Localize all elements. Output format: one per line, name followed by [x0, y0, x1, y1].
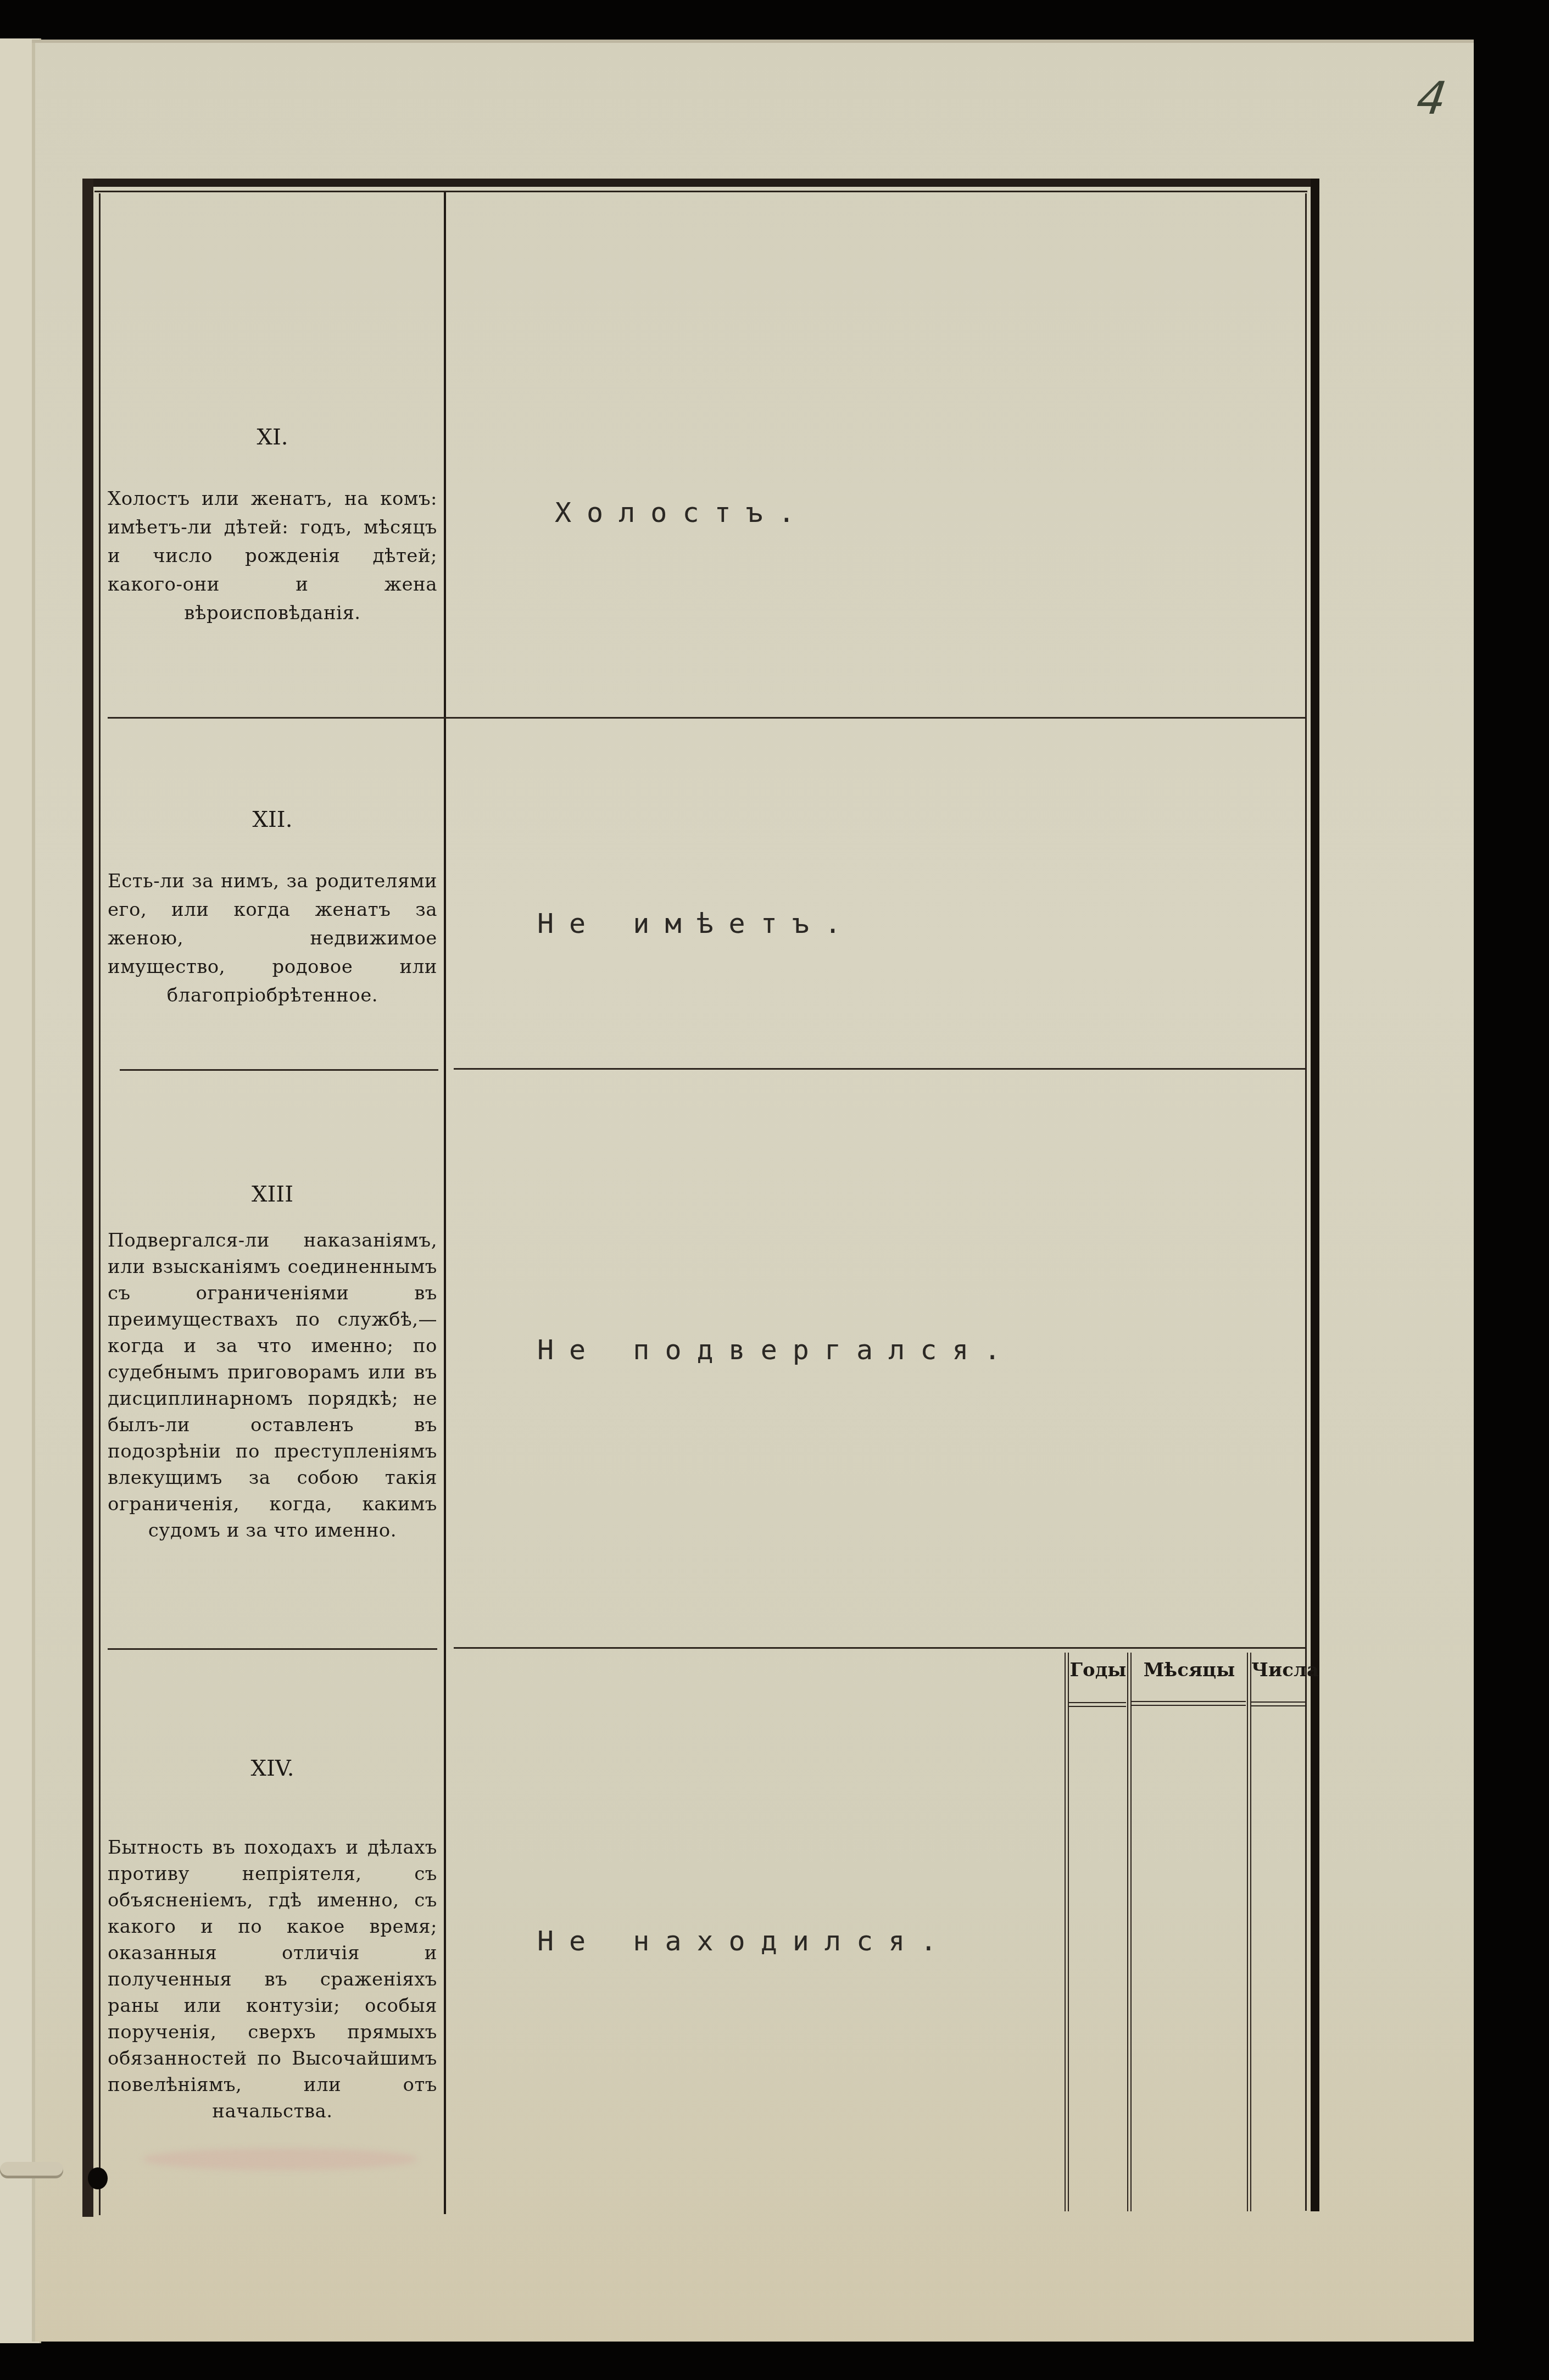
answer-xi: Холостъ. [555, 497, 810, 529]
table-top-inner-rule [94, 191, 1307, 192]
table-right-border [1311, 179, 1319, 2211]
question-cell-xiv: XIV. Бытность въ походахъ и дѣлахъ проти… [108, 1755, 437, 2125]
subcol-header-rule [1069, 1706, 1126, 1707]
row-divider-2-right [454, 1068, 1305, 1070]
question-cell-xiii: XIII Подвергался-ли наказаніямъ, или взы… [108, 1181, 437, 1544]
subcol-line [1127, 1653, 1128, 2211]
subcol-header-rule [1132, 1705, 1246, 1706]
table-top-border [82, 179, 1319, 187]
subcol-header-rule [1251, 1705, 1305, 1706]
answer-xii: Не имѣетъ. [537, 908, 856, 939]
question-cell-xi: XI. Холостъ или женатъ, на комъ: имѣетъ-… [108, 424, 437, 627]
page-top-edge [32, 40, 1474, 43]
row-divider-3-left [108, 1648, 437, 1650]
table-left-border [82, 179, 93, 2217]
column-divider [444, 192, 446, 2214]
answer-xiii: Не подвергался. [537, 1334, 1016, 1366]
subcol-header-rule [1069, 1702, 1126, 1703]
subcol-header-months: Мѣсяцы [1132, 1659, 1247, 1681]
subcol-line [1068, 1653, 1069, 2211]
question-cell-xii: XII. Есть-ли за нимъ, за родителями его,… [108, 807, 437, 1010]
question-text: Бытность въ походахъ и дѣлахъ противу не… [108, 1834, 437, 2125]
section-number: XI. [108, 424, 437, 451]
subcol-header-rule [1132, 1701, 1246, 1702]
question-text: Есть-ли за нимъ, за родителями его, или … [108, 867, 437, 1010]
question-text: Холостъ или женатъ, на комъ: имѣетъ-ли д… [108, 485, 437, 627]
row-divider-3-right [454, 1647, 1305, 1649]
subcol-line [1250, 1653, 1251, 2211]
section-number: XII. [108, 807, 437, 833]
row-divider-1 [108, 717, 1305, 719]
binding-hole [88, 2167, 108, 2189]
paper-stain [143, 2148, 417, 2170]
row-divider-2-left [120, 1069, 438, 1071]
answer-xiv: Не находился. [537, 1925, 952, 1957]
subcol-header-rule [1251, 1701, 1305, 1703]
page-fold [32, 40, 35, 2342]
question-text: Подвергался-ли наказаніямъ, или взыскані… [108, 1227, 437, 1544]
subcol-header-days: Числа [1251, 1659, 1306, 1681]
subcol-line [1247, 1653, 1248, 2211]
section-number: XIII [108, 1181, 437, 1208]
subcol-line [1130, 1653, 1132, 2211]
table-right-inner-rule [1305, 193, 1307, 2211]
binding-cord [0, 2162, 63, 2178]
section-number: XIV. [108, 1755, 437, 1782]
subcol-line [1065, 1653, 1066, 2211]
subcol-header-years: Годы [1069, 1659, 1127, 1681]
table-left-inner-rule [99, 193, 101, 2215]
